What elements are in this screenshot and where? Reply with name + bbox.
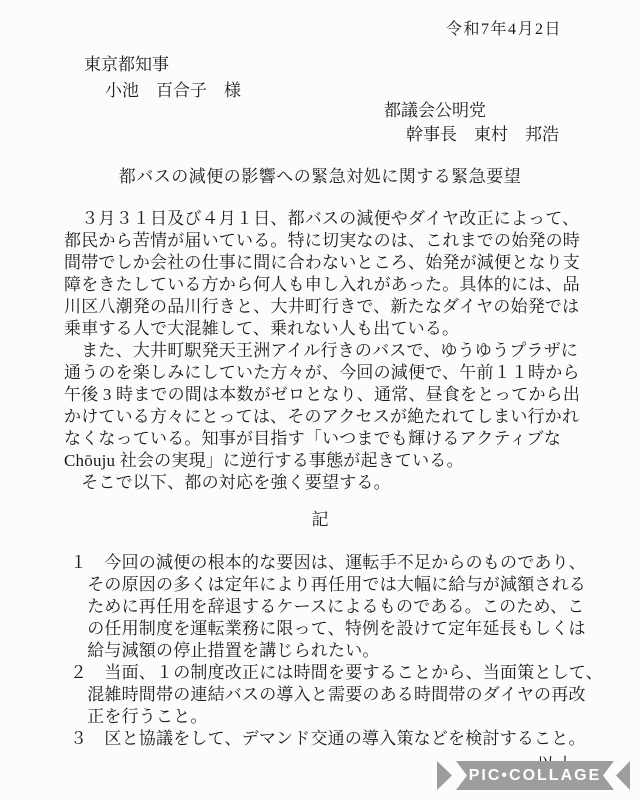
text-line: ために再任用を辞退するケースによるものである。このため、こ — [70, 596, 584, 618]
body-paragraph-2: また、大井町駅発天王洲アイル行きのバスで、ゆうゆうプラザに通うのを楽しみにしてい… — [64, 340, 584, 472]
document-date: 令和7年4月2日 — [446, 16, 562, 39]
body-paragraph-1: ３月３１日及び４月１日、都バスの減便やダイヤ改正によって、都民から苦情が届いてい… — [64, 208, 584, 340]
text-line: また、大井町駅発天王洲アイル行きのバスで、ゆうゆうプラザに — [64, 340, 584, 362]
text-line: 午後 3 時までの間は本数がゼロとなり、通常、昼食をとってから出 — [64, 384, 584, 406]
request-item-3: ３ 区と協議をして、デマンド交通の導入策などを検討すること。 — [70, 728, 584, 750]
text-line: かけている方々にとっては、そのアクセスが絶たれてしまい行かれ — [64, 406, 584, 428]
text-line: その原因の多くは定年により再任用では大幅に給与が減額される — [70, 574, 584, 596]
body-paragraph-3: そこで以下、都の対応を強く要望する。 — [64, 472, 584, 494]
sender-block: 都議会公明党 幹事長 東村 邦浩 — [384, 99, 559, 147]
text-line: 通うのを楽しみにしていた方々が、今回の減便で、午前１１時から — [64, 362, 584, 384]
watermark-label: PIC•COLLAGE — [456, 761, 614, 790]
request-list: １ 今回の減便の根本的な要因は、運転手不足からのものであり、 その原因の多くは定… — [70, 552, 584, 750]
text-line: なくなっている。知事が目指す「いつまでも輝けるアクティブな — [64, 428, 584, 450]
text-line: 都民から苦情が届いている。特に切実なのは、これまでの始発の時 — [64, 230, 584, 252]
record-heading: 記 — [0, 505, 640, 530]
text-line: 給与減額の停止措置を講じられたい。 — [70, 640, 584, 662]
scanned-document-page: 令和7年4月2日 東京都知事 小池 百合子 様 都議会公明党 幹事長 東村 邦浩… — [0, 0, 640, 800]
sender-person: 幹事長 東村 邦浩 — [384, 123, 559, 147]
text-line: 障をきたしている方から何人も申し入れがあった。具体的には、品 — [64, 274, 584, 296]
text-line: 混雑時間帯の連結バスの導入と需要のある時間帯のダイヤの再改 — [70, 684, 584, 706]
text-line: そこで以下、都の対応を強く要望する。 — [64, 472, 584, 494]
text-line: の任用制度を運転業務に限って、特例を設けて定年延長もしくは — [70, 618, 584, 640]
text-line: Chōuju 社会の実現」に逆行する事態が起きている。 — [64, 450, 584, 472]
text-line: ３月３１日及び４月１日、都バスの減便やダイヤ改正によって、 — [64, 208, 584, 230]
recipient-block: 東京都知事 小池 百合子 様 — [84, 52, 241, 104]
sender-organization: 都議会公明党 — [384, 99, 559, 123]
request-item-1: １ 今回の減便の根本的な要因は、運転手不足からのものであり、 その原因の多くは定… — [70, 552, 584, 662]
request-item-2: ２ 当面、１の制度改正には時間を要することから、当面策として、 混雑時間帯の連結… — [70, 662, 584, 728]
watermark-ribbon-left-chevron-icon — [437, 761, 452, 790]
text-line: 川区八潮発の品川行きと、大井町行きで、新たなダイヤの始発では — [64, 296, 584, 318]
document-title: 都バスの減便の影響への緊急対処に関する緊急要望 — [0, 162, 640, 187]
watermark-ribbon-right-chevron-icon — [616, 761, 630, 790]
text-line: ３ 区と協議をして、デマンド交通の導入策などを検討すること。 — [70, 728, 584, 750]
text-line: 間帯でしか会社の仕事に間に合わないところ、始発が減便となり支 — [64, 252, 584, 274]
recipient-name: 小池 百合子 様 — [84, 78, 241, 104]
text-line: 乗車する人で大混雑して、乗れない人も出ている。 — [64, 318, 584, 340]
recipient-title: 東京都知事 — [84, 52, 241, 78]
document-body: ３月３１日及び４月１日、都バスの減便やダイヤ改正によって、都民から苦情が届いてい… — [64, 208, 584, 494]
text-line: ２ 当面、１の制度改正には時間を要することから、当面策として、 — [70, 662, 584, 684]
pic-collage-watermark: PIC•COLLAGE — [437, 761, 630, 790]
text-line: 正を行うこと。 — [70, 706, 584, 728]
text-line: １ 今回の減便の根本的な要因は、運転手不足からのものであり、 — [70, 552, 584, 574]
